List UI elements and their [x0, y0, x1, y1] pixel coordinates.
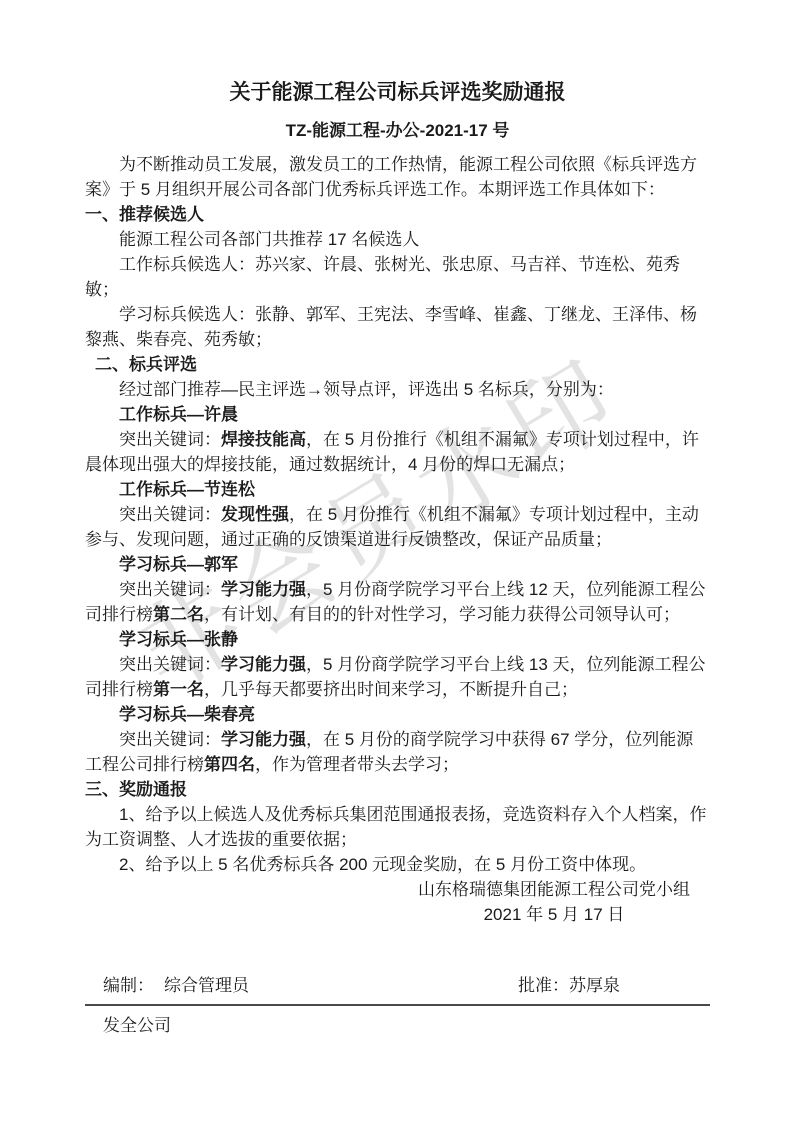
- approved-by-field: 批准：苏厚泉: [518, 973, 620, 998]
- reward-item-2: 2、给予以上 5 名优秀标兵各 200 元现金奖励，在 5 月份工资中体现。: [85, 852, 710, 877]
- candidate-count-line: 能源工程公司各部门共推荐 17 名候选人: [85, 227, 710, 252]
- intro-paragraph: 为不断推动员工发展，激发员工的工作热情，能源工程公司依照《标兵评选方案》于 5 …: [85, 152, 710, 202]
- study-candidates-line: 学习标兵候选人：张静、郭军、王宪法、李雪峰、崔鑫、丁继龙、王泽伟、杨黎燕、柴春亮…: [85, 302, 710, 352]
- document-page: 非会员水印 关于能源工程公司标兵评选奖励通报 TZ-能源工程-办公-2021-1…: [0, 0, 793, 1122]
- prepared-by-value: 综合管理员: [164, 976, 249, 995]
- document-title: 关于能源工程公司标兵评选奖励通报: [85, 78, 710, 108]
- work-candidates-line: 工作标兵候选人：苏兴家、许晨、张树光、张忠原、马吉祥、节连松、苑秀敏；: [85, 252, 710, 302]
- reward-item-1: 1、给予以上候选人及优秀标兵集团范围通报表扬，竞选资料存入个人档案，作为工资调整…: [85, 802, 710, 852]
- signature-org: 山东格瑞德集团能源工程公司党小组: [418, 877, 690, 902]
- approved-by-label: 批准：: [518, 976, 569, 995]
- approved-by-value: 苏厚泉: [569, 976, 620, 995]
- model-worker-heading-chaichunliang: 学习标兵—柴春亮: [85, 702, 710, 727]
- model-worker-detail-chaichunliang: 突出关键词：学习能力强，在 5 月份的商学院学习中获得 67 学分，位列能源工程…: [85, 727, 710, 777]
- model-worker-detail-guojun: 突出关键词：学习能力强，5 月份商学院学习平台上线 12 天，位列能源工程公司排…: [85, 577, 710, 627]
- footer-divider: [85, 1004, 710, 1006]
- section-2-heading: 二、标兵评选: [85, 352, 710, 377]
- footer-fields-row: 编制：综合管理员 批准：苏厚泉: [85, 973, 710, 998]
- model-worker-detail-xuchen: 突出关键词：焊接技能高，在 5 月份推行《机组不漏氟》专项计划过程中，许晨体现出…: [85, 427, 710, 477]
- distribution-note: 发全公司: [85, 1013, 710, 1038]
- model-worker-detail-jieliansong: 突出关键词：发现性强，在 5 月份推行《机组不漏氟》专项计划过程中，主动参与、发…: [85, 502, 710, 552]
- prepared-by-label: 编制：: [103, 976, 154, 995]
- model-worker-heading-guojun: 学习标兵—郭军: [85, 552, 710, 577]
- signature-inner: 山东格瑞德集团能源工程公司党小组 2021 年 5 月 17 日: [418, 877, 690, 927]
- doc-number: TZ-能源工程-办公-2021-17 号: [85, 121, 710, 141]
- document-content: 关于能源工程公司标兵评选奖励通报 TZ-能源工程-办公-2021-17 号 为不…: [0, 0, 793, 1038]
- signature-date: 2021 年 5 月 17 日: [418, 902, 690, 927]
- model-worker-detail-zhangjing: 突出关键词：学习能力强，5 月份商学院学习平台上线 13 天，位列能源工程公司排…: [85, 652, 710, 702]
- selection-process-line: 经过部门推荐—民主评选→领导点评，评选出 5 名标兵，分别为：: [85, 377, 710, 402]
- section-1-heading: 一、推荐候选人: [85, 202, 710, 227]
- section-3-heading: 三、奖励通报: [85, 777, 710, 802]
- model-worker-heading-jieliansong: 工作标兵—节连松: [85, 477, 710, 502]
- prepared-by-field: 编制：综合管理员: [103, 973, 249, 998]
- signature-block: 山东格瑞德集团能源工程公司党小组 2021 年 5 月 17 日: [85, 877, 710, 927]
- footer: 编制：综合管理员 批准：苏厚泉 发全公司: [85, 973, 710, 1038]
- model-worker-heading-xuchen: 工作标兵—许晨: [85, 402, 710, 427]
- document-body: 为不断推动员工发展，激发员工的工作热情，能源工程公司依照《标兵评选方案》于 5 …: [85, 152, 710, 877]
- model-worker-heading-zhangjing: 学习标兵—张静: [85, 627, 710, 652]
